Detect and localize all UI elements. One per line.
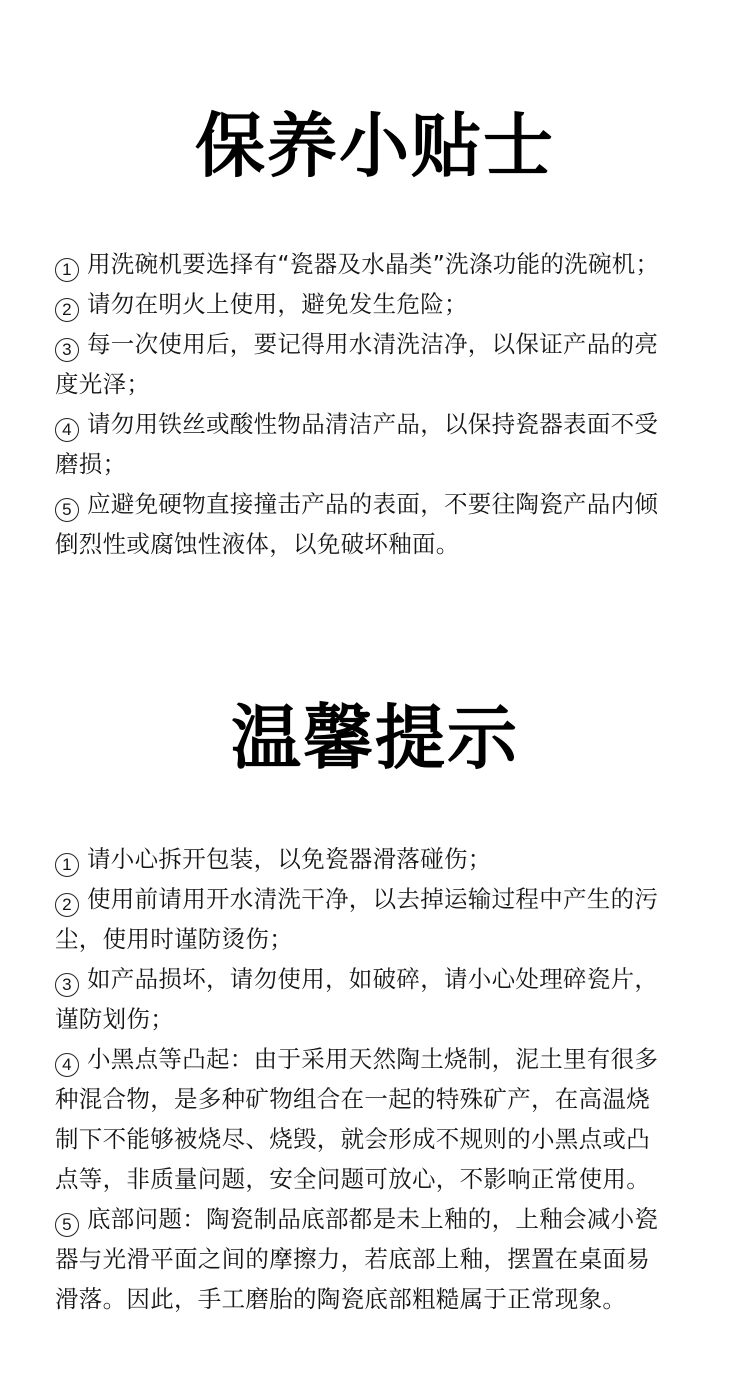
- care-tip-5-line-1: 5应避免硬物直接撞击产品的表面，不要往陶瓷产品内倾: [55, 484, 735, 524]
- reminder-5-line-3: 滑落。因此，手工磨胎的陶瓷底部粗糙属于正常现象。: [55, 1279, 735, 1319]
- care-tip-4-line-2: 磨损；: [55, 444, 735, 484]
- circled-number-4: 4: [55, 418, 79, 442]
- circled-number-1: 1: [55, 258, 79, 282]
- reminder-3-line-1: 3如产品损坏，请勿使用，如破碎，请小心处理碎瓷片，: [55, 959, 735, 999]
- warm-reminder-list: 1请小心拆开包装，以免瓷器滑落碰伤； 2使用前请用开水清洗干净，以去掉运输过程中…: [55, 839, 735, 1319]
- care-tips-list: 1用洗碗机要选择有“瓷器及水晶类”洗涤功能的洗碗机； 2请勿在明火上使用，避免发…: [55, 244, 735, 564]
- circled-number-4: 4: [55, 1053, 79, 1077]
- reminder-4-line-3: 制下不能够被烧尽、烧毁，就会形成不规则的小黑点或凸: [55, 1119, 735, 1159]
- reminder-5-line-2: 器与光滑平面之间的摩擦力，若底部上釉，摆置在桌面易: [55, 1239, 735, 1279]
- reminder-5-line-1: 5底部问题：陶瓷制品底部都是未上釉的，上釉会减小瓷: [55, 1199, 735, 1239]
- reminder-2-line-2: 尘，使用时谨防烫伤；: [55, 919, 735, 959]
- circled-number-3: 3: [55, 338, 79, 362]
- circled-number-2: 2: [55, 893, 79, 917]
- reminder-3-line-2: 谨防划伤；: [55, 999, 735, 1039]
- circled-number-5: 5: [55, 1213, 79, 1237]
- care-tip-3-line-2: 度光泽；: [55, 364, 735, 404]
- reminder-4-line-2: 种混合物，是多种矿物组合在一起的特殊矿产，在高温烧: [55, 1079, 735, 1119]
- circled-number-5: 5: [55, 498, 79, 522]
- warm-reminder-title: 温馨提示: [0, 698, 750, 778]
- care-tip-4-line-1: 4请勿用铁丝或酸性物品清洁产品，以保持瓷器表面不受: [55, 404, 735, 444]
- circled-number-2: 2: [55, 298, 79, 322]
- circled-number-1: 1: [55, 853, 79, 877]
- care-tips-title: 保养小贴士: [0, 106, 750, 186]
- care-tip-5-line-2: 倒烈性或腐蚀性液体，以免破坏釉面。: [55, 524, 735, 564]
- reminder-2-line-1: 2使用前请用开水清洗干净，以去掉运输过程中产生的污: [55, 879, 735, 919]
- care-tip-3-line-1: 3每一次使用后，要记得用水清洗洁净，以保证产品的亮: [55, 324, 735, 364]
- care-tip-1-line-1: 1用洗碗机要选择有“瓷器及水晶类”洗涤功能的洗碗机；: [55, 244, 735, 284]
- reminder-4-line-1: 4小黑点等凸起：由于采用天然陶土烧制，泥土里有很多: [55, 1039, 735, 1079]
- reminder-4-line-4: 点等，非质量问题，安全问题可放心，不影响正常使用。: [55, 1159, 735, 1199]
- reminder-1-line-1: 1请小心拆开包装，以免瓷器滑落碰伤；: [55, 839, 735, 879]
- circled-number-3: 3: [55, 973, 79, 997]
- care-tip-2-line-1: 2请勿在明火上使用，避免发生危险；: [55, 284, 735, 324]
